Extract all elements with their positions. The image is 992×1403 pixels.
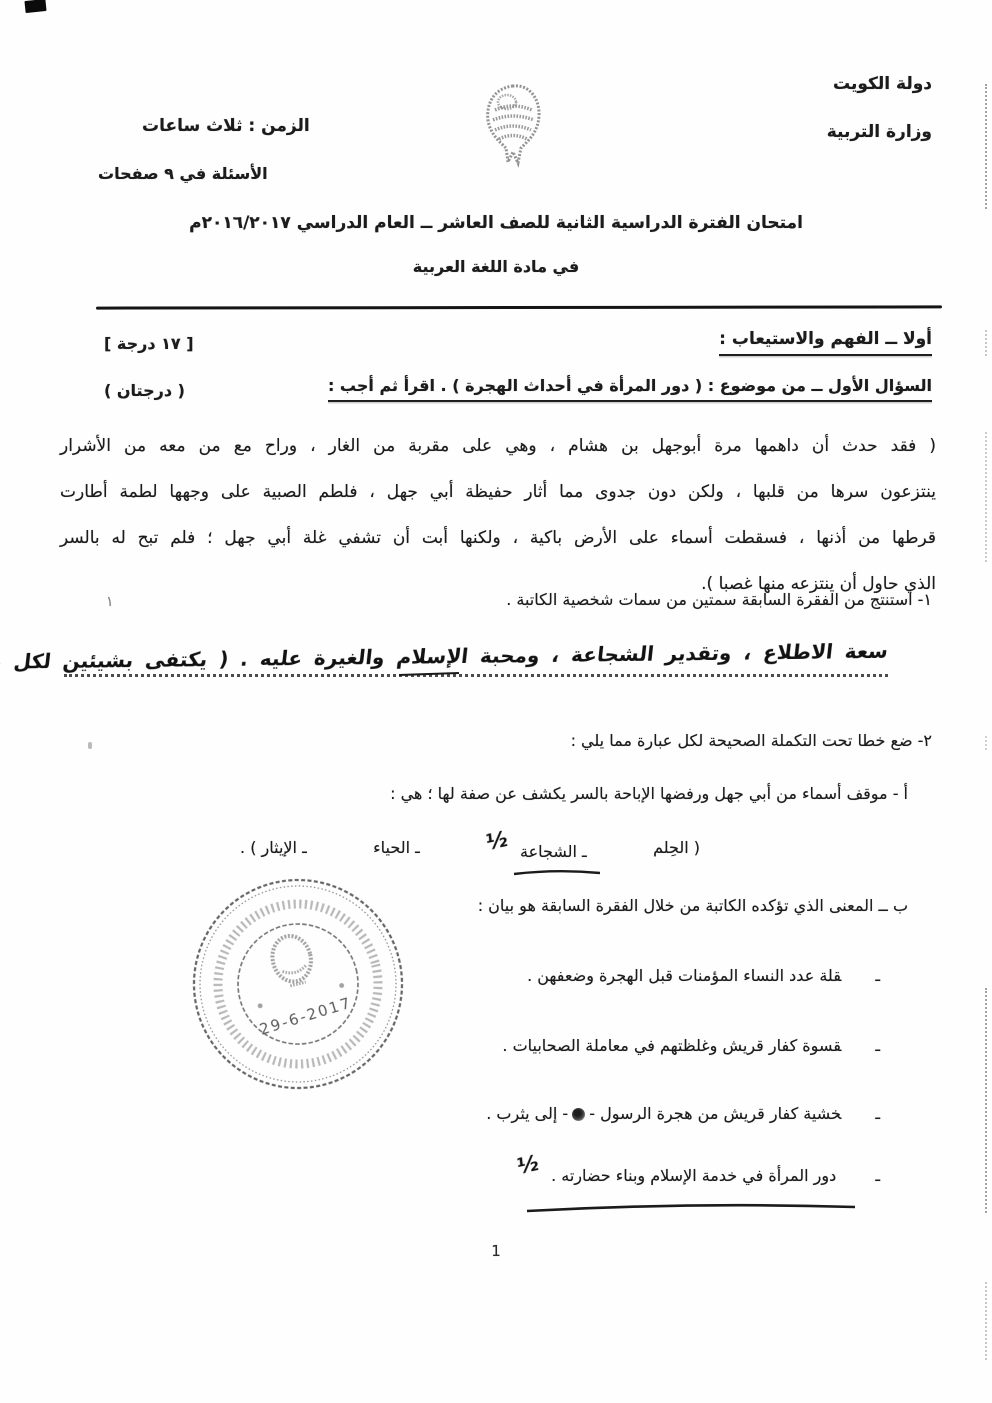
b-option-3: ـخشية كفار قريش من هجرة الرسول -- إلى يث… <box>486 1104 880 1123</box>
stamp-date: 29-6-2017 <box>257 994 354 1039</box>
option-hilm: ( الحِلم <box>653 838 700 862</box>
teacher-half-mark: ½ <box>516 1151 540 1180</box>
b-option-1: ـقلة عدد النساء المؤمنات قبل الهجرة وضعف… <box>527 966 880 985</box>
passage-line: ( فقد حدث أن داهمها مرة أبوجهل بن هشام ،… <box>60 423 936 469</box>
passage-line: قرطها من أذنها ، فسقطت أسماء على الأرض ب… <box>60 515 936 561</box>
page-number: 1 <box>0 1242 992 1260</box>
option-ithar: ـ الإيثار ) . <box>240 838 307 862</box>
b-option-4-marked: ـ دور المرأة في خدمة الإسلام وبناء حضارت… <box>517 1162 880 1186</box>
question1-header: السؤال الأول ــ من موضوع : ( دور المرأة … <box>328 376 932 402</box>
bullet-dash: ـ <box>875 1166 880 1185</box>
kuwait-emblem-icon <box>477 82 549 174</box>
option-dash: ـ <box>582 842 587 861</box>
option-shajaa-marked: ـ الشجاعة ½ <box>486 838 587 862</box>
exam-subject: في مادة اللغة العربية <box>0 257 992 276</box>
school-stamp: 29-6-2017 <box>162 848 434 1120</box>
question2-text: ٢- ضع خطا تحت التكملة الصحيحة لكل عبارة … <box>571 731 932 750</box>
header-divider-line <box>96 305 942 309</box>
option-dash: ـ <box>415 838 420 857</box>
teacher-half-mark: ½ <box>485 827 509 856</box>
b-option-2: ـقسوة كفار قريش وغلظتهم في معاملة الصحاب… <box>502 1036 880 1055</box>
options-close-paren: ) . <box>240 838 256 857</box>
hand-underline <box>523 1200 859 1214</box>
country-name: دولة الكويت <box>833 74 932 94</box>
bullet-dash: ـ <box>875 1036 880 1055</box>
question2b-text: ب ــ المعنى الذي تؤكده الكاتبة من خلال ا… <box>478 896 908 915</box>
question1-text: ١- استنتج من الفقرة السابقة سمتين من سما… <box>506 590 932 609</box>
bullet-dash: ـ <box>875 966 880 985</box>
answer-line: سعة الاطلاع ، وتقدير الشجاعة ، ومحبة الإ… <box>64 628 888 677</box>
exam-title: امتحان الفترة الدراسية الثانية للصف العا… <box>0 213 992 233</box>
question2a-options: ( الحِلم ـ الشجاعة ½ ـ الحياء ـ الإيثار … <box>240 838 700 862</box>
scan-speck <box>88 742 92 749</box>
scan-edge-artifact <box>985 432 987 562</box>
passage-line: ينتزعون سرها من قلبها ، ولكن دون جدوى مم… <box>60 469 936 515</box>
section-marks: [ ١٧ درجة ] <box>104 334 194 353</box>
question2a-text: أ - موقف أسماء من أبي جهل ورفضها الإباحة… <box>390 784 908 803</box>
prophet-honorific-icon <box>572 1108 585 1121</box>
option-dash: ـ <box>302 838 307 857</box>
hand-underline <box>512 868 602 878</box>
scan-corner-blob <box>24 0 46 13</box>
scan-edge-artifact <box>985 988 987 1213</box>
question-pages-note: الأسئلة في ٩ صفحات <box>98 164 268 183</box>
scan-edge-artifact <box>985 84 987 209</box>
bullet-dash: ـ <box>875 1104 880 1123</box>
reading-passage: ( فقد حدث أن داهمها مرة أبوجهل بن هشام ،… <box>60 423 936 607</box>
scan-edge-artifact <box>985 330 987 356</box>
scan-edge-artifact <box>985 1282 987 1360</box>
options-open-paren: ( <box>694 838 700 857</box>
scan-edge-artifact <box>985 736 987 750</box>
ministry-name: وزارة التربية <box>827 122 932 142</box>
handwritten-answer: سعة الاطلاع ، وتقدير الشجاعة ، ومحبة الإ… <box>60 628 890 684</box>
exam-time-note: الزمن : ثلاث ساعات <box>142 116 310 136</box>
question1-marks: ( درجتان ) <box>104 381 185 400</box>
scanned-exam-page: ١ دولة الكويت وزارة التربية الزمن : ثلاث… <box>0 0 992 1403</box>
section-heading: أولا ــ الفهم والاستيعاب : <box>719 329 932 356</box>
